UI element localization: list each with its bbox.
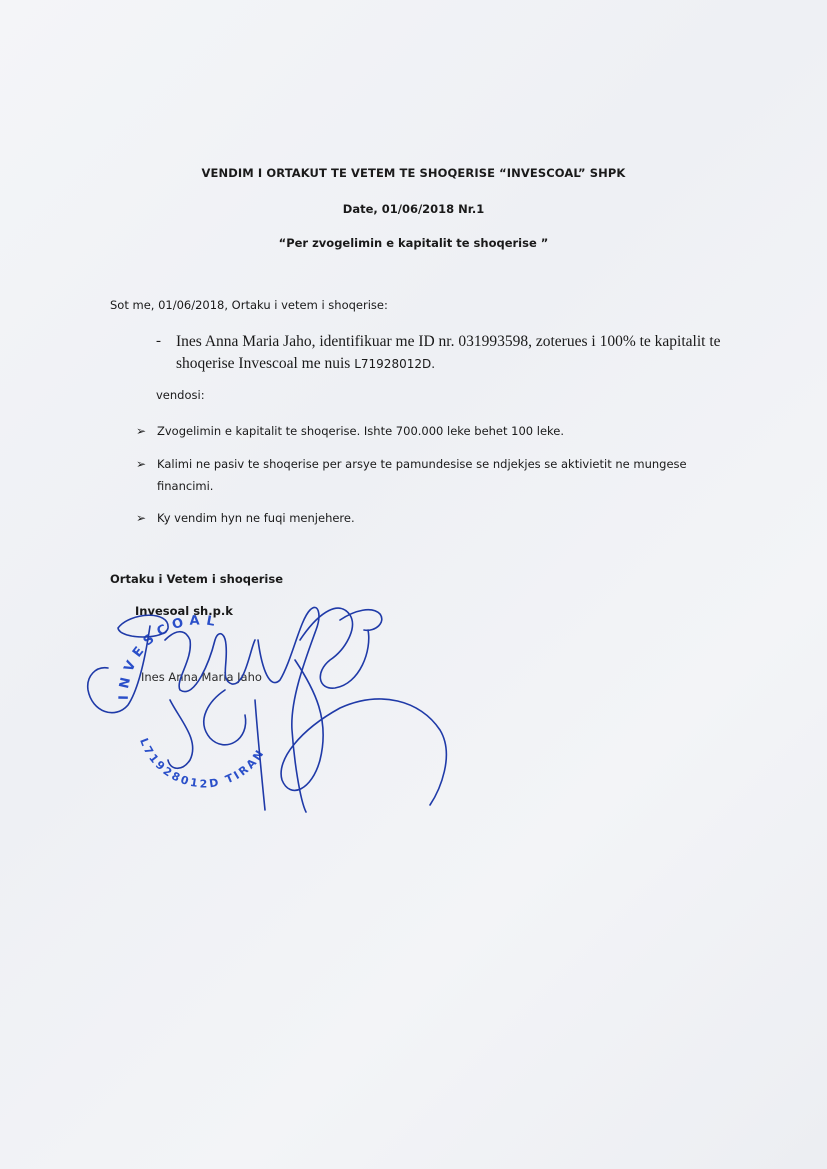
document-page: VENDIM I ORTAKUT TE VETEM TE SHOQERISE “… <box>0 0 827 1169</box>
handwritten-signature <box>0 0 827 1169</box>
